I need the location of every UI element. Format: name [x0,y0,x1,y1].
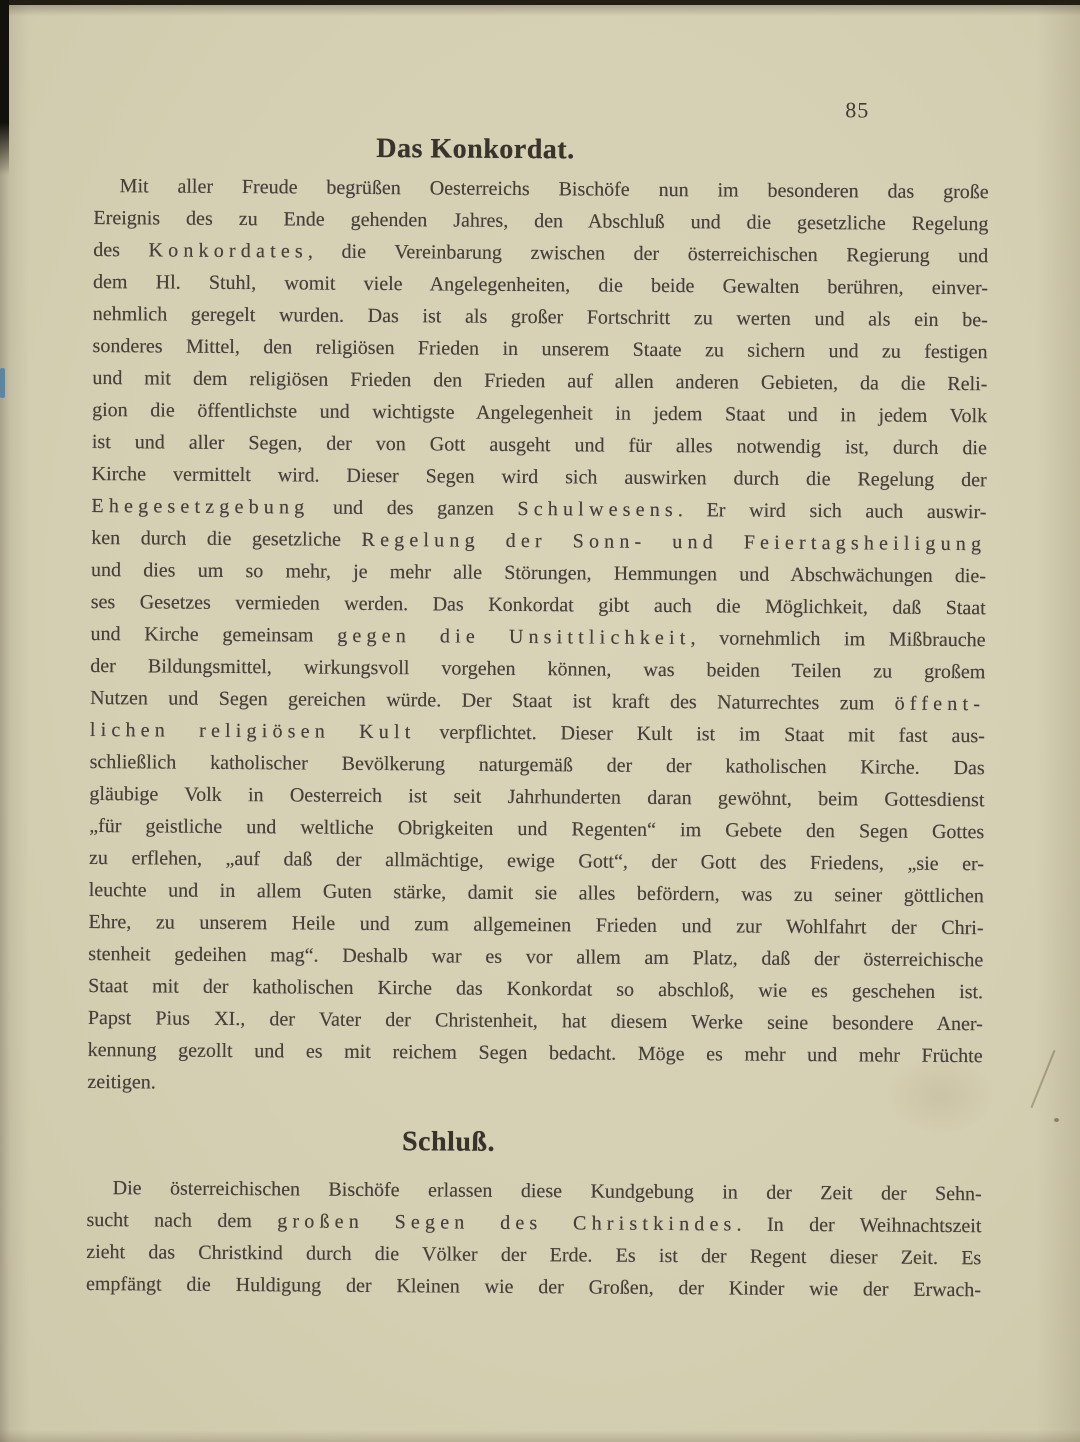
letterspaced-text: lichen religiösen Kult [90,719,416,743]
text-segment: Mit aller Freude begrüßen Oesterreichs B… [120,175,989,203]
text-segment: „für geistliche und weltliche Obrigkeite… [89,815,984,843]
paragraph-konkordat: Mit aller Freude begrüßen Oesterreichs B… [87,170,988,1104]
text-segment: verpflichtet. Dieser Kult ist im Staat m… [415,721,985,747]
text-segment: gläubige Volk in Oesterreich ist seit Ja… [89,783,984,811]
text-segment: sucht nach dem [86,1209,277,1232]
section-heading-konkordat: Das Konkordat. [28,130,923,170]
letterspaced-text: Schulwesens [517,498,678,521]
letterspaced-text: großen Segen des Christkindes [277,1210,737,1235]
page-number: 85 [845,97,869,123]
letterspaced-text: öffent- [895,693,986,716]
text-segment: Papst Pius XI., der Vater der Christenhe… [88,1007,983,1035]
text-segment: , die Vereinbarung zwischen der österrei… [308,240,988,267]
paper-stain [885,1055,995,1135]
text-line: zeitigen. [87,1066,982,1104]
text-segment: leuchte und in allem Guten stärke, damit… [89,879,984,907]
text-segment: . In der Weihnachtszeit [737,1214,982,1238]
text-segment: nehmlich geregelt wurden. Das ist als gr… [93,303,988,331]
text-segment: der Bildungsmittel, wirkungsvoll vorgehe… [90,655,985,683]
text-segment: Die österreichischen Bischöfe erlassen d… [113,1177,982,1205]
text-segment: ist und aller Segen, der von Gott ausgeh… [92,431,987,459]
text-segment: zu erflehen, „auf daß der allmächtige, e… [89,847,984,875]
scan-scratch [1030,1050,1055,1108]
text-segment: , vornehmlich im Mißbrauche [690,627,985,651]
section-konkordat: Das Konkordat. Mit aller Freude begrüßen… [87,130,989,1104]
paragraph-schluss: Die österreichischen Bischöfe erlassen d… [86,1172,982,1306]
page-content: 85 Das Konkordat. Mit aller Freude begrü… [86,0,990,1306]
text-segment: . Er wird sich auch auswir- [678,499,987,523]
text-segment: und mit dem religiösen Frieden den Fried… [92,367,987,395]
text-segment: und Kirche gemeinsam [90,623,337,647]
text-segment: ken durch die gesetzliche [91,527,361,551]
section-heading-schluss: Schluß. [1,1121,896,1163]
text-segment: zieht das Christkind durch die Völker de… [86,1241,981,1269]
scan-speck [1054,1118,1059,1122]
text-line: kennung gezollt und es mit reichem Segen… [88,1034,983,1072]
text-segment: dem Hl. Stuhl, womit viele Angelegenheit… [93,271,988,299]
text-segment: gion die öffentlichste und wichtigste An… [92,399,987,427]
letterspaced-text: Regelung der Sonn- und Feiertagsheiligun… [361,529,986,555]
text-segment: empfängt die Huldigung der Kleinen wie d… [86,1273,981,1301]
text-segment: und dies um so mehr, je mehr alle Störun… [91,559,986,587]
text-segment: Kirche vermittelt wird. Dieser Segen wir… [92,463,987,491]
text-segment: und des ganzen [309,497,517,520]
text-segment: schließlich katholischer Bevölkerung nat… [90,751,985,779]
letterspaced-text: Konkordates [148,239,308,262]
text-segment: Nutzen und Segen gereichen würde. Der St… [90,687,895,715]
text-segment: kennung gezollt und es mit reichem Segen… [88,1039,983,1067]
scan-left-edge [0,0,9,175]
text-segment: zeitigen. [87,1071,155,1093]
letterspaced-text: gegen die Unsittlichkeit [337,625,690,649]
text-segment: sonderes Mittel, den religiösen Frieden … [93,335,988,363]
text-segment: Ereignis des zu Ende gehenden Jahres, de… [93,207,988,235]
section-schluss: Schluß. Die österreichischen Bischöfe er… [86,1122,982,1306]
text-segment: des [93,239,148,261]
text-segment: ses Gesetzes vermieden werden. Das Konko… [91,591,986,619]
text-segment: Ehre, zu unserem Heile und zum allgemein… [88,911,983,939]
blue-margin-mark [0,368,5,398]
letterspaced-text: Ehegesetzgebung [91,495,309,519]
text-line: empfängt die Huldigung der Kleinen wie d… [86,1268,981,1306]
scan-top-edge [0,0,1080,5]
text-segment: stenheit gedeihen mag“. Deshalb war es v… [88,943,983,971]
scanned-book-page: 85 Das Konkordat. Mit aller Freude begrü… [0,0,1080,1442]
text-segment: Staat mit der katholischen Kirche das Ko… [88,975,983,1003]
